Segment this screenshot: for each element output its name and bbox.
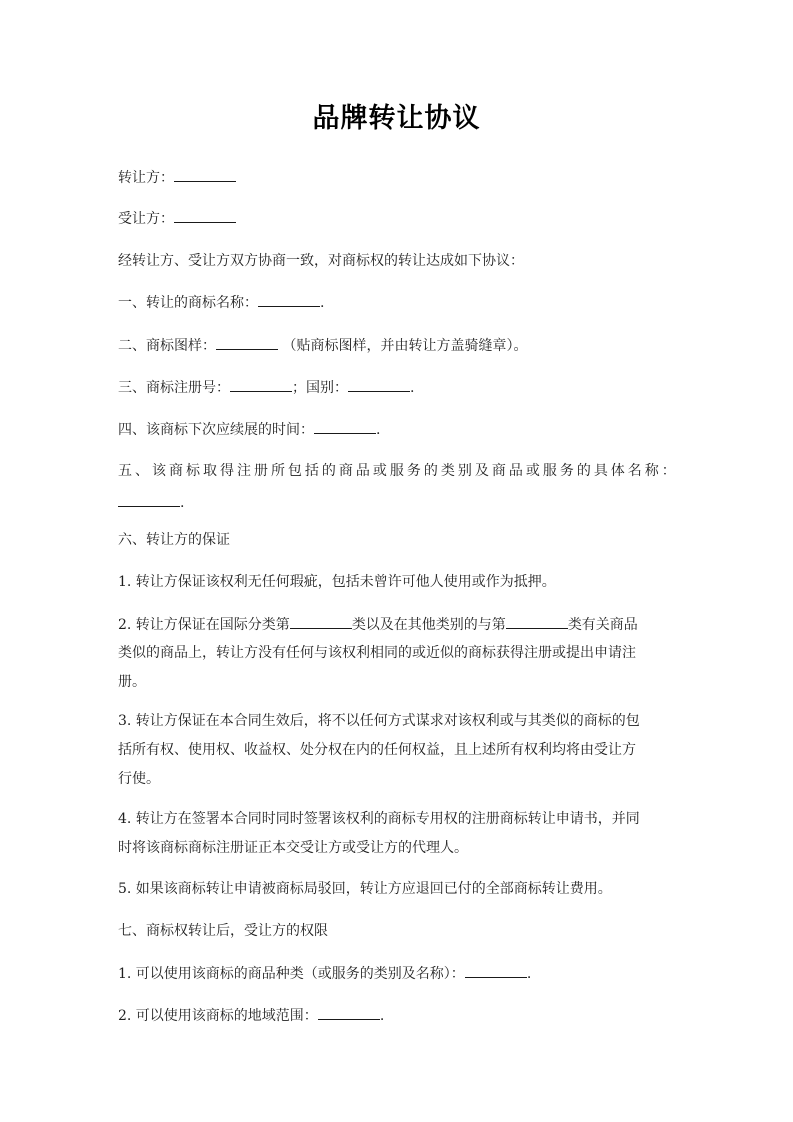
transferor-label: 转让方：	[118, 170, 174, 186]
section-6-heading: 六、转让方的保证	[118, 530, 678, 550]
section-6-item-2-part1: 2. 转让方保证在国际分类第	[118, 617, 290, 633]
transferee-label: 受让方：	[118, 211, 174, 227]
goods-category-blank[interactable]	[465, 963, 527, 978]
section-7-item-2-suffix: .	[380, 1008, 384, 1024]
clause-1-label: 一、转让的商标名称：	[118, 295, 258, 311]
clause-5-continuation: .	[118, 492, 678, 513]
clause-2: 二、商标图样： （贴商标图样，并由转让方盖骑缝章）。	[118, 335, 678, 356]
section-7-item-2: 2. 可以使用该商标的地域范围：.	[118, 1005, 678, 1026]
territory-blank[interactable]	[318, 1005, 380, 1020]
section-7-item-1: 1. 可以使用该商标的商品种类（或服务的类别及名称）：.	[118, 963, 678, 984]
section-6-item-5: 5. 如果该商标转让申请被商标局驳回，转让方应退回已付的全部商标转让费用。	[118, 879, 678, 899]
clause-4: 四、该商标下次应续展的时间：.	[118, 419, 678, 440]
renewal-time-blank[interactable]	[314, 419, 376, 434]
intro-paragraph: 经转让方、受让方双方协商一致，对商标权的转让达成如下协议：	[118, 251, 678, 271]
clause-2-suffix: （贴商标图样，并由转让方盖骑缝章）。	[282, 338, 527, 354]
transferor-blank[interactable]	[174, 167, 236, 182]
section-6-item-2-part3: 类有关商品	[568, 617, 638, 633]
goods-services-blank[interactable]	[118, 492, 180, 507]
section-7-item-1-suffix: .	[527, 966, 531, 982]
related-class-blank[interactable]	[506, 614, 568, 629]
section-6-item-1: 1. 转让方保证该权利无任何瑕疵，包括未曾许可他人使用或作为抵押。	[118, 572, 678, 592]
trademark-name-blank[interactable]	[258, 292, 320, 307]
clause-4-suffix: .	[376, 422, 380, 438]
section-6-item-2-line-2: 类似的商品上，转让方没有任何与该权利相同的或近似的商标获得注册或提出申请注	[118, 643, 678, 663]
section-6-item-3: 3. 转让方保证在本合同生效后，将不以任何方式谋求对该权利或与其类似的商标的包	[118, 711, 678, 731]
section-7-item-1-label: 1. 可以使用该商标的商品种类（或服务的类别及名称）：	[118, 966, 465, 982]
section-7-item-2-label: 2. 可以使用该商标的地域范围：	[118, 1008, 318, 1024]
document-title: 品牌转让协议	[0, 96, 793, 135]
clause-3-suffix: .	[410, 380, 414, 396]
country-blank[interactable]	[348, 377, 410, 392]
section-6-item-2: 2. 转让方保证在国际分类第类以及在其他类别的与第类有关商品	[118, 614, 678, 635]
section-6-item-2-part2: 类以及在其他类别的与第	[352, 617, 506, 633]
clause-5-suffix: .	[180, 495, 184, 511]
clause-1-suffix: .	[320, 295, 324, 311]
section-7-heading: 七、商标权转让后，受让方的权限	[118, 921, 678, 941]
clause-4-label: 四、该商标下次应续展的时间：	[118, 422, 314, 438]
clause-3-label: 三、商标注册号：	[118, 380, 230, 396]
transferee-line: 受让方：	[118, 208, 678, 229]
intl-class-blank[interactable]	[290, 614, 352, 629]
transferee-blank[interactable]	[174, 208, 236, 223]
registration-number-blank[interactable]	[230, 377, 292, 392]
transferor-line: 转让方：	[118, 167, 678, 188]
clause-1: 一、转让的商标名称：.	[118, 292, 678, 313]
clause-3-mid: ；国别：	[292, 380, 348, 396]
clause-3: 三、商标注册号：；国别：.	[118, 377, 678, 398]
section-6-item-2-line-3: 册。	[118, 672, 678, 692]
section-6-item-3-line-2: 括所有权、使用权、收益权、处分权在内的任何权益，且上述所有权利均将由受让方	[118, 740, 678, 760]
section-6-item-4: 4. 转让方在签署本合同时同时签署该权利的商标专用权的注册商标转让申请书，并同	[118, 809, 678, 829]
clause-2-label: 二、商标图样：	[118, 338, 216, 354]
document-page: 品牌转让协议 转让方： 受让方： 经转让方、受让方双方协商一致，对商标权的转让达…	[0, 0, 793, 1122]
section-6-item-3-line-3: 行使。	[118, 769, 678, 789]
trademark-sample-blank[interactable]	[216, 335, 278, 350]
section-6-item-4-line-2: 时将该商标商标注册证正本交受让方或受让方的代理人。	[118, 838, 678, 858]
clause-5: 五、该商标取得注册所包括的商品或服务的类别及商品或服务的具体名称：	[118, 461, 678, 481]
